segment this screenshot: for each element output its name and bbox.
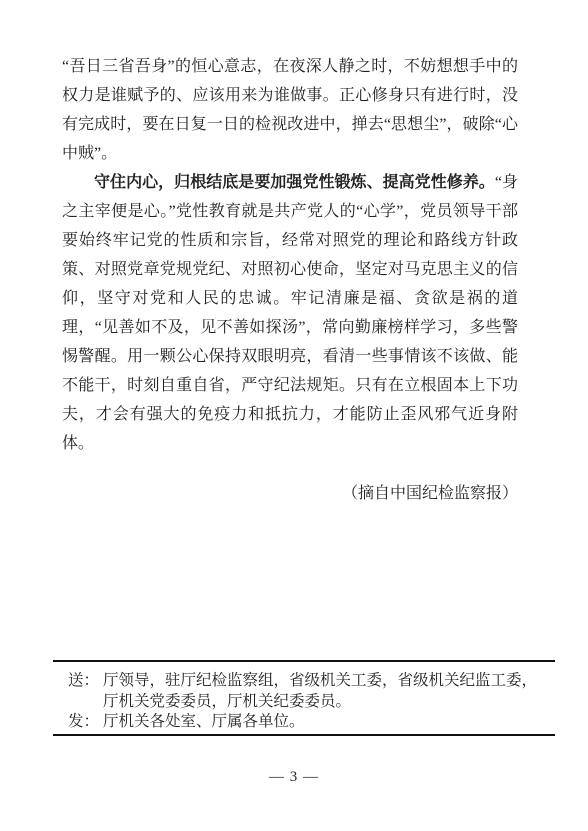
- distribution-fa-content: 厅机关各处室、厅属各单位。: [103, 712, 555, 733]
- distribution-box: 送： 厅领导，驻厅纪检监察组，省级机关工委，省级机关纪监工委， 厅机关党委委员，…: [53, 660, 555, 736]
- paragraph-2-lead: 守住内心，归根结底是要加强党性锻炼、提高党性修养。: [94, 174, 495, 191]
- distribution-song-line-1: 厅领导，驻厅纪检监察组，省级机关工委，省级机关纪监工委，: [103, 671, 555, 692]
- distribution-fa-line-1: 厅机关各处室、厅属各单位。: [103, 712, 555, 733]
- paragraph-2-text: “身之主宰便是心。”党性教育就是共产党人的“心学”，党员领导干部要始终牢记党的性…: [62, 174, 518, 452]
- distribution-fa-label: 发：: [68, 712, 103, 733]
- document-page: “吾日三省吾身”的恒心意志，在夜深人静之时，不妨想想手中的权力是谁赋予的、应该用…: [0, 0, 588, 831]
- distribution-row-song: 送： 厅领导，驻厅纪检监察组，省级机关工委，省级机关纪监工委， 厅机关党委委员，…: [68, 671, 555, 712]
- distribution-song-content: 厅领导，驻厅纪检监察组，省级机关工委，省级机关纪监工委， 厅机关党委委员，厅机关…: [103, 671, 555, 712]
- distribution-song-line-2: 厅机关党委委员，厅机关纪委委员。: [103, 692, 555, 713]
- document-body: “吾日三省吾身”的恒心意志，在夜深人静之时，不妨想想手中的权力是谁赋予的、应该用…: [62, 52, 518, 508]
- paragraph-1-text: “吾日三省吾身”的恒心意志，在夜深人静之时，不妨想想手中的权力是谁赋予的、应该用…: [62, 58, 518, 162]
- page-number: — 3 —: [0, 769, 588, 786]
- distribution-song-label: 送：: [68, 671, 103, 692]
- distribution-row-fa: 发： 厅机关各处室、厅属各单位。: [68, 712, 555, 733]
- body-paragraph-1: “吾日三省吾身”的恒心意志，在夜深人静之时，不妨想想手中的权力是谁赋予的、应该用…: [62, 52, 518, 168]
- source-attribution: （摘自中国纪检监察报）: [62, 479, 518, 508]
- body-paragraph-2: 守住内心，归根结底是要加强党性锻炼、提高党性修养。“身之主宰便是心。”党性教育就…: [62, 168, 518, 458]
